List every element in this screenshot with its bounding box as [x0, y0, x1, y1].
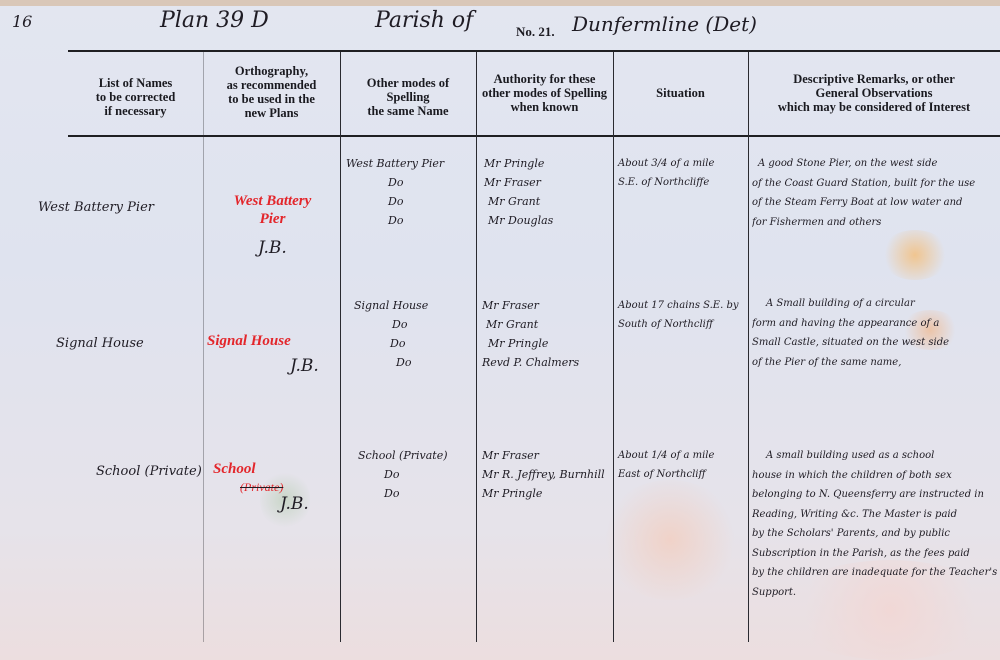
authority: Mr Fraser Mr R. Jeffrey, Burnhill Mr Pri… [482, 446, 605, 503]
situation-line: About 1/4 of a mile [618, 446, 714, 465]
other-mode-line: Do [354, 353, 428, 372]
authority-line: Mr R. Jeffrey, Burnhill [482, 465, 605, 484]
other-mode-line: Do [354, 315, 428, 334]
header-line: Spelling [340, 90, 476, 104]
remarks-line: Reading, Writing &c. The Master is paid [752, 505, 998, 525]
plan-number: Plan 39 D [160, 8, 269, 33]
orthography: School [213, 460, 256, 479]
orthography: Signal House [207, 332, 291, 351]
header-line: Situation [613, 86, 748, 100]
authority-line: Mr Fraser [482, 446, 605, 465]
orthography-struck-out: (Private) [240, 478, 283, 497]
column-divider [613, 52, 614, 642]
authority-line: Mr Pringle [482, 484, 605, 503]
remarks-line: of the Coast Guard Station, built for th… [752, 174, 998, 194]
remarks: A good Stone Pier, on the west side of t… [752, 154, 998, 232]
situation-line: About 17 chains S.E. by [618, 296, 739, 315]
remarks-line: belonging to N. Queensferry are instruct… [752, 485, 998, 505]
situation: About 1/4 of a mile East of Northcliff [618, 446, 714, 484]
situation-line: About 3/4 of a mile [618, 154, 714, 173]
column-divider [476, 52, 477, 642]
name-to-correct: West Battery Pier [38, 198, 154, 217]
header-line: List of Names [68, 76, 203, 90]
stain [600, 480, 740, 600]
remarks-line: of the Pier of the same name, [752, 353, 998, 373]
column-divider [748, 52, 749, 642]
header-top-rule [68, 50, 1000, 52]
authority: Mr Pringle Mr Fraser Mr Grant Mr Douglas [484, 154, 553, 230]
remarks: A small building used as a school house … [752, 446, 998, 602]
header-line: when known [476, 100, 613, 114]
other-mode-line: School (Private) [358, 446, 448, 465]
other-mode-line: Do [358, 484, 448, 503]
other-mode-line: West Battery Pier [346, 154, 444, 173]
remarks-line: A small building used as a school [752, 446, 998, 466]
stain [880, 230, 950, 280]
remarks-line: Subscription in the Parish, as the fees … [752, 544, 998, 564]
remarks-line: A good Stone Pier, on the west side [752, 154, 998, 174]
other-mode-line: Do [346, 192, 444, 211]
parish-label: Parish of [375, 8, 473, 33]
header-line: other modes of Spelling [476, 86, 613, 100]
authority-line: Revd P. Chalmers [482, 353, 579, 372]
header-names: List of Names to be corrected if necessa… [68, 76, 203, 118]
header-remarks: Descriptive Remarks, or other General Ob… [748, 72, 1000, 114]
initials: J.B. [290, 356, 319, 376]
page-number: 16 [12, 12, 32, 31]
header-line: new Plans [203, 106, 340, 120]
authority-line: Mr Grant [482, 315, 579, 334]
situation-line: South of Northcliff [618, 315, 739, 334]
other-mode-line: Do [358, 465, 448, 484]
other-modes: School (Private) Do Do [358, 446, 448, 503]
header-line: if necessary [68, 104, 203, 118]
other-mode-line: Signal House [354, 296, 428, 315]
name-to-correct: Signal House [56, 334, 144, 353]
orthography: West Battery Pier [205, 192, 340, 228]
remarks-line: of the Steam Ferry Boat at low water and [752, 193, 998, 213]
remarks-line: Support. [752, 583, 998, 603]
situation-line: East of Northcliff [618, 465, 714, 484]
remarks-line: A Small building of a circular [752, 294, 998, 314]
other-mode-line: Do [346, 173, 444, 192]
other-mode-line: Do [346, 211, 444, 230]
remarks-line: for Fishermen and others [752, 213, 998, 233]
authority-line: Mr Fraser [484, 173, 553, 192]
header-line: which may be considered of Interest [748, 100, 1000, 114]
remarks-line: by the Scholars' Parents, and by public [752, 524, 998, 544]
situation: About 3/4 of a mile S.E. of Northcliffe [618, 154, 714, 192]
header-line: Other modes of [340, 76, 476, 90]
other-modes: West Battery Pier Do Do Do [346, 154, 444, 230]
orthography-line: West Battery [205, 192, 340, 210]
column-divider [340, 52, 341, 642]
authority-line: Mr Grant [484, 192, 553, 211]
remarks-line: by the children are inadequate for the T… [752, 563, 998, 583]
number-label: No. 21. [516, 24, 555, 40]
ledger-page: 16 Plan 39 D Parish of No. 21. Dunfermli… [0, 0, 1000, 660]
header-line: the same Name [340, 104, 476, 118]
authority-line: Mr Pringle [482, 334, 579, 353]
situation-line: S.E. of Northcliffe [618, 173, 714, 192]
remarks-line: form and having the appearance of a [752, 314, 998, 334]
page-top-edge [0, 0, 1000, 6]
header-orthography: Orthography, as recommended to be used i… [203, 64, 340, 120]
remarks-line: Small Castle, situated on the west side [752, 333, 998, 353]
header-line: as recommended [203, 78, 340, 92]
header-line: General Observations [748, 86, 1000, 100]
header-line: Authority for these [476, 72, 613, 86]
header-line: Descriptive Remarks, or other [748, 72, 1000, 86]
header-line: to be corrected [68, 90, 203, 104]
header-situation: Situation [613, 86, 748, 100]
situation: About 17 chains S.E. by South of Northcl… [618, 296, 739, 334]
authority-line: Mr Douglas [484, 211, 553, 230]
header-line: Orthography, [203, 64, 340, 78]
remarks-line: house in which the children of both sex [752, 466, 998, 486]
header-line: to be used in the [203, 92, 340, 106]
orthography-line: School [213, 460, 256, 479]
other-modes: Signal House Do Do Do [354, 296, 428, 372]
name-to-correct: School (Private) [96, 462, 202, 481]
orthography-line: Pier [205, 210, 340, 228]
parish-name: Dunfermline (Det) [572, 12, 757, 36]
header-bottom-rule [68, 135, 1000, 137]
authority: Mr Fraser Mr Grant Mr Pringle Revd P. Ch… [482, 296, 579, 372]
column-divider [203, 52, 204, 642]
authority-line: Mr Fraser [482, 296, 579, 315]
remarks: A Small building of a circular form and … [752, 294, 998, 372]
header-authority: Authority for these other modes of Spell… [476, 72, 613, 114]
header-other-modes: Other modes of Spelling the same Name [340, 76, 476, 118]
authority-line: Mr Pringle [484, 154, 553, 173]
initials: J.B. [258, 238, 287, 258]
other-mode-line: Do [354, 334, 428, 353]
initials: J.B. [280, 494, 309, 514]
orthography-line: Signal House [207, 332, 291, 351]
